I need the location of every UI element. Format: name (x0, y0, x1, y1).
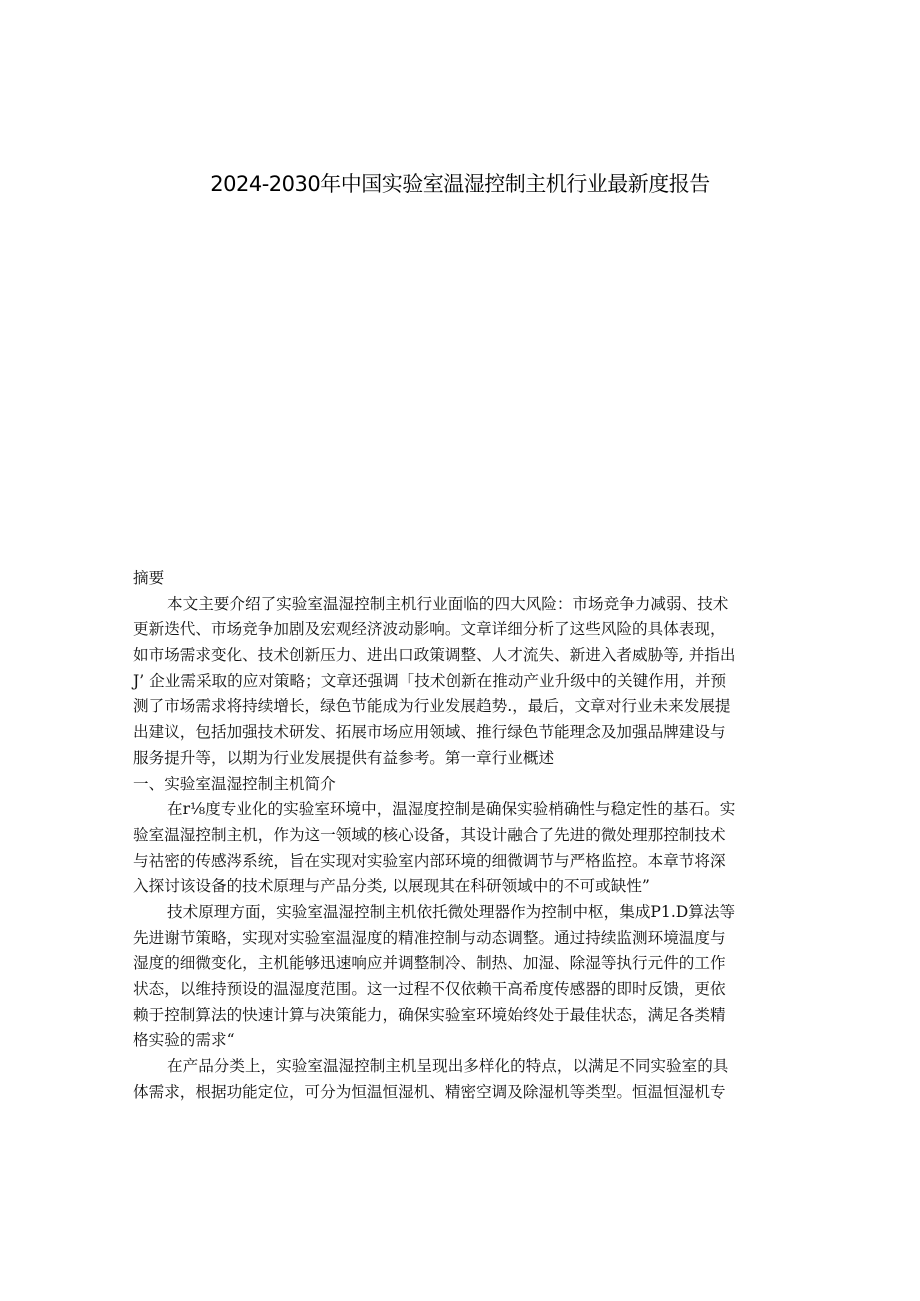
document-title: 2024-2030年中国实验室温湿控制主机行业最新度报告 (0, 168, 920, 198)
paragraph-line: 技术原理方面，实验室温湿控制主机依托微处理器作为控制中枢，集成P1.D算法等 (133, 900, 787, 926)
paragraph-line: 在r⅛度专业化的实验室环境中，温湿度控制是确保实验梢确性与稳定性的基石。实 (133, 797, 787, 823)
paragraph-line: J’ 企业需采取的应对策略；文章还强调「技术创新在推动产业升级中的关键作用，并预 (133, 669, 787, 695)
paragraph-line: 本文主要介绍了实验室温湿控制主机行业面临的四大风险：市场竞争力减弱、技术 (133, 592, 787, 618)
paragraph-line: 赖于控制算法的快速计算与决策能力，确保实验室环境始终处于最佳状态，满足各类精 (133, 1003, 787, 1029)
document-body: 摘要 本文主要介绍了实验室温湿控制主机行业面临的四大风险：市场竞争力减弱、技术 … (133, 566, 787, 1105)
paragraph-line: 如市场需求变化、技术创新压力、进出口政策调整、人才流失、新进入者威胁等, 并指出 (133, 643, 787, 669)
paragraph-line: 验室温湿控制主机，作为这一领域的核心设备，其设计融合了先进的微处理那控制技术 (133, 823, 787, 849)
paragraph-line: 测了市场需求将持续增长，绿色节能成为行业发展趋势.，最后，文章对行业未来发展提 (133, 694, 787, 720)
section-heading: 一、实验室温湿控制主机简介 (133, 772, 787, 798)
paragraph-line: 在产品分类上，实验室温湿控制主机呈现出多样化的特点，以满足不同实验室的具 (133, 1054, 787, 1080)
paragraph-line: 体需求，根据功能定位，可分为恒温恒湿机、精密空调及除湿机等类型。恒温恒湿机专 (133, 1080, 787, 1106)
paragraph-line: 湿度的细微变化，主机能够迅速响应并调整制冷、制热、加湿、除湿等执行元件的工作 (133, 951, 787, 977)
paragraph-line: 入探讨该设备的技术原理与产品分类, 以展现其在科研领域中的不可或缺性” (133, 874, 787, 900)
paragraph-line: 格实验的需求“ (133, 1028, 787, 1054)
abstract-heading: 摘要 (133, 566, 787, 592)
paragraph-line: 先进谢节策略，实现对实验室温湿度的精准控制与动态调整。通过持续监测环境温度与 (133, 926, 787, 952)
paragraph-line: 更新迭代、市场竞争加剧及宏观经济波动影响。文章详细分析了这些风险的具体表现， (133, 617, 787, 643)
paragraph-line: 与祜密的传感涔系统，旨在实现对实验室内部环境的细微调节与严格监控。本章节将深 (133, 849, 787, 875)
paragraph-line: 服务提升等，以期为行业发展提供有益参考。第一章行业概述 (133, 746, 787, 772)
paragraph-line: 出建议，包括加强技术研发、拓展市场应用领域、推行绿色节能理念及加强品牌建设与 (133, 720, 787, 746)
paragraph-line: 状态，以维持预设的温湿度范围。这一过程不仅依赖干高希度传感器的即时反馈，更依 (133, 977, 787, 1003)
